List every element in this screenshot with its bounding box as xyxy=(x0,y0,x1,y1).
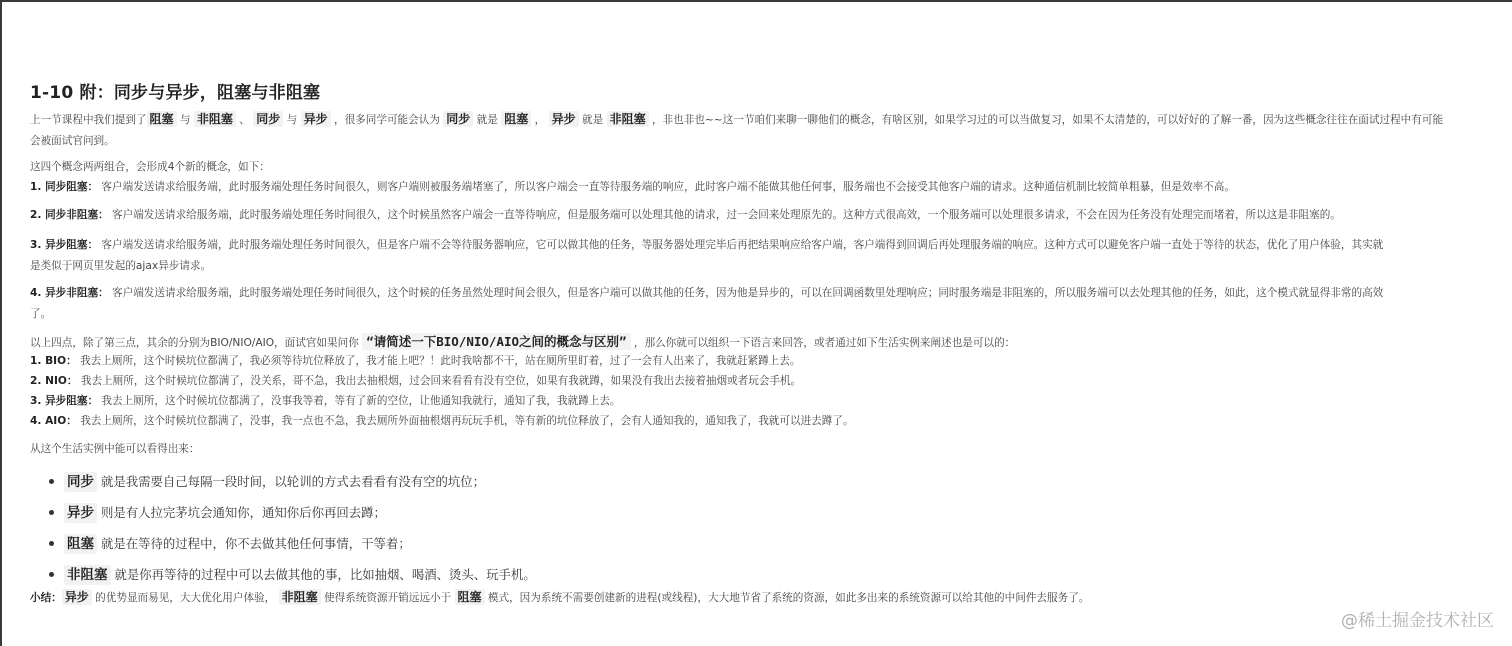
example-text: 我去上厕所，这个时候坑位都满了，没事我等着，等有了新的空位，让他通知我就行，通知… xyxy=(98,395,620,407)
example-item: 1. BIO： 我去上厕所，这个时候坑位都满了，我必须等待坑位释放了，我才能上吧… xyxy=(30,351,800,372)
concepts-intro: 这四个概念两两组合，会形成4个新的概念，如下： xyxy=(30,157,270,178)
bullet-icon xyxy=(49,572,54,577)
term-async: 异步 xyxy=(62,589,92,605)
example-item: 4. AIO： 我去上厕所，这个时候坑位都满了，没事，我一点也不急，我去厕所外面… xyxy=(30,411,854,432)
intro-text: 就是 xyxy=(579,114,607,126)
term-non-blocking: 非阻塞 xyxy=(194,111,236,127)
concept-text: 客户端发送请求给服务端，此时服务端处理任务时间很久，但是客户端不会等待服务器响应… xyxy=(98,239,1383,251)
example-text: 我去上厕所，这个时候坑位都满了，我必须等待坑位释放了，我才能上吧？！此时我啥都不… xyxy=(77,355,801,367)
list-term: 阻塞 xyxy=(64,534,97,554)
example-item: 2. NIO： 我去上厕所，这个时候坑位都满了，没关系，哥不急，我出去抽根烟，过… xyxy=(30,371,801,392)
list-text: 就是你再等待的过程中可以去做其他的事，比如抽烟、喝酒、烫头、玩手机。 xyxy=(111,567,536,582)
concept-label: 4. 异步非阻塞： xyxy=(30,287,109,299)
term-non-blocking: 非阻塞 xyxy=(279,589,321,605)
summary-label: 小结： xyxy=(30,592,62,604)
concept-label: 1. 同步阻塞： xyxy=(30,181,98,193)
term-blocking: 阻塞 xyxy=(501,111,531,127)
term-blocking: 阻塞 xyxy=(147,111,177,127)
summary-text: 模式，因为系统不需要创建新的进程(或线程)，大大地节省了系统的资源，如此多出来的… xyxy=(485,592,1090,604)
conclusion-list: 同步 就是我需要自己每隔一段时间，以轮训的方式去看看有没有空的坑位； 异步 则是… xyxy=(30,466,536,590)
example-label: 4. AIO： xyxy=(30,415,77,427)
term-blocking: 阻塞 xyxy=(455,589,485,605)
list-item: 同步 就是我需要自己每隔一段时间，以轮训的方式去看看有没有空的坑位； xyxy=(30,466,536,497)
concept-label: 3. 异步阻塞： xyxy=(30,239,98,251)
intro-text: ，很多同学可能会认为 xyxy=(331,114,444,126)
intro-text: ， xyxy=(531,114,548,126)
bullet-icon xyxy=(49,479,54,484)
term-non-blocking: 非阻塞 xyxy=(607,111,649,127)
intro-text: 上一节课程中我们提到了 xyxy=(30,114,147,126)
list-text: 则是有人拉完茅坑会通知你，通知你后你再回去蹲； xyxy=(97,505,386,520)
example-item: 3. 异步阻塞： 我去上厕所，这个时候坑位都满了，没事我等着，等有了新的空位，让… xyxy=(30,391,621,412)
example-label: 2. NIO： xyxy=(30,375,78,387)
list-item: 阻塞 就是在等待的过程中，你不去做其他任何事情，干等着； xyxy=(30,528,536,559)
intro-text: 与 xyxy=(283,114,300,126)
list-term: 异步 xyxy=(64,503,97,523)
intro-paragraph: 上一节课程中我们提到了阻塞 与 非阻塞 、 同步 与 异步 ，很多同学可能会认为… xyxy=(30,109,1443,152)
concept-line-2: 是类似于网页里发起的ajax异步请求。 xyxy=(30,256,1383,277)
term-async: 异步 xyxy=(301,111,331,127)
concept-line: 3. 异步阻塞： 客户端发送请求给服务端，此时服务端处理任务时间很久，但是客户端… xyxy=(30,235,1383,256)
list-term: 非阻塞 xyxy=(64,565,111,585)
concept-item: 4. 异步非阻塞： 客户端发送请求给服务端，此时服务端处理任务时间很久，这个时候… xyxy=(30,283,1383,325)
concept-text: 客户端发送请求给服务端，此时服务端处理任务时间很久，这个时候虽然客户端会一直等待… xyxy=(109,209,1341,221)
intro-text: 就是 xyxy=(473,114,501,126)
example-text: 我去上厕所，这个时候坑位都满了，没事，我一点也不急，我去厕所外面抽根烟再玩玩手机… xyxy=(77,415,854,427)
concept-text: 客户端发送请求给服务端，此时服务端处理任务时间很久，则客户端则被服务端堵塞了，所… xyxy=(98,181,1235,193)
intro-text: ，非也非也~~这一节咱们来聊一聊他们的概念，有啥区别，如果学习过的可以当做复习，… xyxy=(649,114,1443,126)
intro-text: 与 xyxy=(177,114,194,126)
watermark: @稀土掘金技术社区 xyxy=(1341,606,1494,631)
example-text: 我去上厕所，这个时候坑位都满了，没关系，哥不急，我出去抽根烟，过会回来看看有没有… xyxy=(78,375,802,387)
list-item: 异步 则是有人拉完茅坑会通知你，通知你后你再回去蹲； xyxy=(30,497,536,528)
example-label: 3. 异步阻塞： xyxy=(30,395,98,407)
concept-line-2: 了。 xyxy=(30,304,1383,325)
intro-text: 、 xyxy=(236,114,253,126)
bullet-icon xyxy=(49,541,54,546)
summary-text: 的优势显而易见，大大优化用户体验， xyxy=(92,592,279,604)
intro-line-1: 上一节课程中我们提到了阻塞 与 非阻塞 、 同步 与 异步 ，很多同学可能会认为… xyxy=(30,109,1443,131)
intro-line-2: 会被面试官问到。 xyxy=(30,131,1443,152)
page-frame: 1-10 附：同步与异步，阻塞与非阻塞 上一节课程中我们提到了阻塞 与 非阻塞 … xyxy=(0,0,1512,646)
concept-label: 2. 同步非阻塞： xyxy=(30,209,109,221)
summary-text: 使得系统资源开销远远小于 xyxy=(321,592,455,604)
list-text: 就是我需要自己每隔一段时间，以轮训的方式去看看有没有空的坑位； xyxy=(97,474,485,489)
term-sync: 同步 xyxy=(253,111,283,127)
term-async: 异步 xyxy=(549,111,579,127)
list-text: 就是在等待的过程中，你不去做其他任何事情，干等着； xyxy=(97,536,411,551)
term-sync: 同步 xyxy=(443,111,473,127)
list-item: 非阻塞 就是你再等待的过程中可以去做其他的事，比如抽烟、喝酒、烫头、玩手机。 xyxy=(30,559,536,590)
concept-line: 4. 异步非阻塞： 客户端发送请求给服务端，此时服务端处理任务时间很久，这个时候… xyxy=(30,283,1383,304)
concept-item: 2. 同步非阻塞： 客户端发送请求给服务端，此时服务端处理任务时间很久，这个时候… xyxy=(30,205,1341,226)
concept-text: 客户端发送请求给服务端，此时服务端处理任务时间很久，这个时候的任务虽然处理时间会… xyxy=(109,287,1384,299)
interview-question: “请简述一下BIO/NIO/AIO之间的概念与区别” xyxy=(362,333,630,350)
list-term: 同步 xyxy=(64,472,97,492)
example-label: 1. BIO： xyxy=(30,355,77,367)
concept-item: 1. 同步阻塞： 客户端发送请求给服务端，此时服务端处理任务时间很久，则客户端则… xyxy=(30,177,1235,198)
article-title: 1-10 附：同步与异步，阻塞与非阻塞 xyxy=(30,78,320,103)
summary-intro-text: 以上四点，除了第三点，其余的分别为BIO/NIO/AIO，面试官如果问你 xyxy=(30,337,362,349)
summary-intro-text: ，那么你就可以组织一下语言来回答，或者通过如下生活实例来阐述也是可以的： xyxy=(631,337,1016,349)
bullet-icon xyxy=(49,510,54,515)
conclusion-intro: 从这个生活实例中能可以看得出来： xyxy=(30,439,200,460)
concept-item: 3. 异步阻塞： 客户端发送请求给服务端，此时服务端处理任务时间很久，但是客户端… xyxy=(30,235,1383,277)
summary-paragraph: 小结：异步 的优势显而易见，大大优化用户体验， 非阻塞 使得系统资源开销远远小于… xyxy=(30,587,1089,609)
